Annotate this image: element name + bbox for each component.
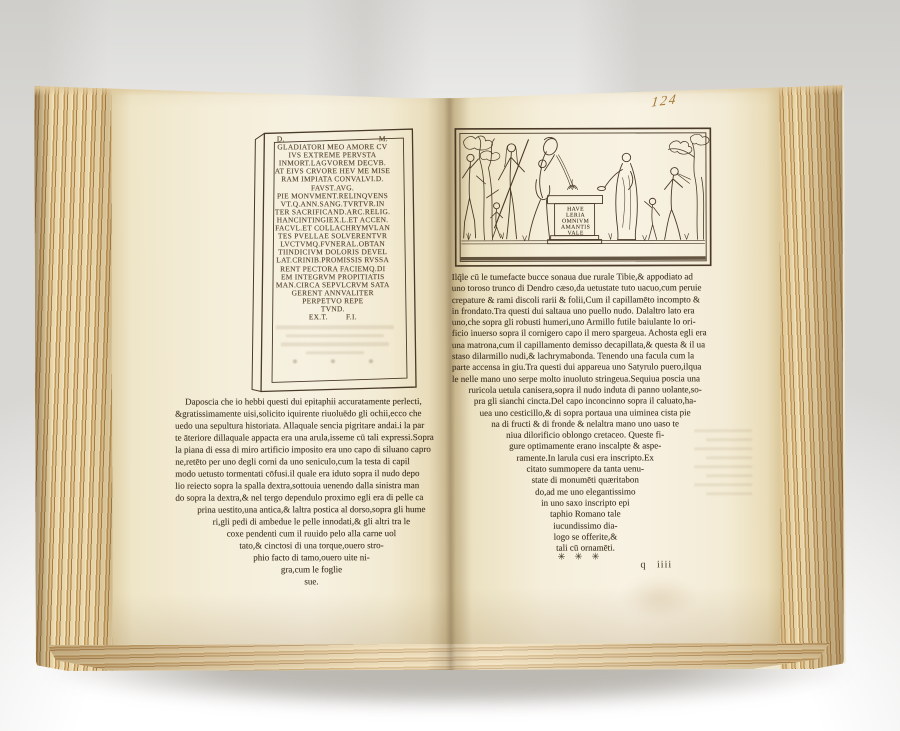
left-body-line: do sopra la dextra,& nel tergo dependulo… xyxy=(175,491,447,504)
book: D. M.GLADIATORI MEO AMORE CVIVS EXTREME … xyxy=(34,77,846,671)
asterisk-ornament: ✳✳✳ xyxy=(538,552,618,563)
right-body-line: crepature & rami discoli rarii & folii,C… xyxy=(452,294,718,306)
right-body-line: uea uno cesticillo,& di sopra portaua un… xyxy=(452,407,718,419)
left-body-line: sue. xyxy=(176,575,448,588)
right-body-line: staso dilarmillo nudi,& lachrymabonda. T… xyxy=(452,350,718,362)
right-body-line: parte accensa in giu.Tra questi dui appa… xyxy=(452,362,718,374)
left-body-line: phio facto di tamo,ouero uite ni- xyxy=(175,551,447,564)
right-body-line: gure optimamente erano inscalpte & aspe- xyxy=(452,441,718,453)
left-body-line: uedo una sepultura historiata. Allaquale… xyxy=(175,419,447,432)
left-body-line: gra,cum le foglie xyxy=(175,563,447,576)
right-body-line: iucundissimo dia- xyxy=(452,520,718,532)
left-body-line: modo uetusto tormentati cōfusi.il quale … xyxy=(175,467,447,480)
right-body-line: niua dilorificio oblongo cretaceo. Quest… xyxy=(452,429,718,441)
right-body-line: do,ad me uno elegantissimo xyxy=(452,486,718,498)
right-body-line: in frondato.Tra questi dui saltaua uno p… xyxy=(452,305,718,317)
left-body-line: prina uestito,una antica,& laltra postic… xyxy=(175,503,447,516)
left-body-line: ri,gli pedi di ambedue le pelle innodati… xyxy=(175,515,447,528)
left-body-line: tato,& cinctosi di una torque,ouero stro… xyxy=(175,539,447,552)
left-body-line: &gratissimamente uisi,solicito iquirente… xyxy=(175,407,447,420)
left-body-line: la piana di essa di miro artificio impos… xyxy=(175,443,447,456)
epitaph-line: EX.T. F.I. xyxy=(253,313,413,322)
woodcut-illustration xyxy=(454,127,711,267)
right-body-line: logo se offerite,& xyxy=(452,531,718,543)
fore-edge-right xyxy=(779,77,844,669)
right-body-line: state di monumēti quæritabon xyxy=(452,475,718,487)
right-body-line: ruricola uetula canisera,sopra il nudo i… xyxy=(452,384,718,396)
right-body-line: Ilq̄le cū le tumefacte bucce sonaua due … xyxy=(452,271,718,283)
left-body-line: coxe pendenti cum il ruuido pelo alla ca… xyxy=(175,527,447,540)
epitaph-inscription: D. M.GLADIATORI MEO AMORE CVIVS EXTREME … xyxy=(252,135,412,322)
left-body-line: lio reiecto sopra la spalla dextra,sotto… xyxy=(175,479,447,492)
right-body-line: una matrona,cum il capillamento demisso … xyxy=(452,339,718,351)
right-body-line: citato summopere da tanta uenu- xyxy=(452,463,718,475)
head-edge xyxy=(34,77,844,96)
right-page-body-text: Ilq̄le cū le tumefacte bucce sonaua due … xyxy=(452,271,719,554)
right-body-line: uno,che sopra gli robusti humeri,uno Arm… xyxy=(452,316,718,328)
altar-inscription: HAVELERIAOMNIVMAMANTISVALE xyxy=(553,207,599,237)
right-body-line: ramente.In larula cusi era inscripto.Ex xyxy=(452,452,718,464)
right-body-line: ficio inuerso sopra il cornigero capo il… xyxy=(452,328,718,340)
left-body-line: te āteriore dillaquale appacta era una a… xyxy=(175,431,447,444)
right-body-line: pra gli sianchi cincta.Del capo inconcin… xyxy=(452,396,718,408)
bleedthrough-ghost-right xyxy=(690,429,752,569)
left-page-body-text: Daposcia che io hebbi questi dui epitaph… xyxy=(175,395,448,588)
right-body-line: taphio Romano tale xyxy=(452,509,718,521)
right-body-line: uno toroso trunco di Dendro cæso,da uetu… xyxy=(452,283,718,295)
left-body-line: Daposcia che io hebbi questi dui epitaph… xyxy=(175,395,447,408)
altar-line: VALE xyxy=(553,231,599,237)
right-body-line: in uno saxo inscripto epi xyxy=(452,497,718,509)
right-body-line: le nelle mano uno serpe molto inuoluto s… xyxy=(452,373,718,385)
bleedthrough-ghost-left xyxy=(272,325,398,383)
paper-stain xyxy=(621,575,699,619)
fore-edge-left xyxy=(34,79,114,671)
left-body-line: ne,retēto per uno degli corni da uno sen… xyxy=(175,455,447,468)
photo-background: D. M.GLADIATORI MEO AMORE CVIVS EXTREME … xyxy=(0,0,900,731)
right-body-line: na di fructi & di fronde & nelaltra mano… xyxy=(452,418,718,430)
